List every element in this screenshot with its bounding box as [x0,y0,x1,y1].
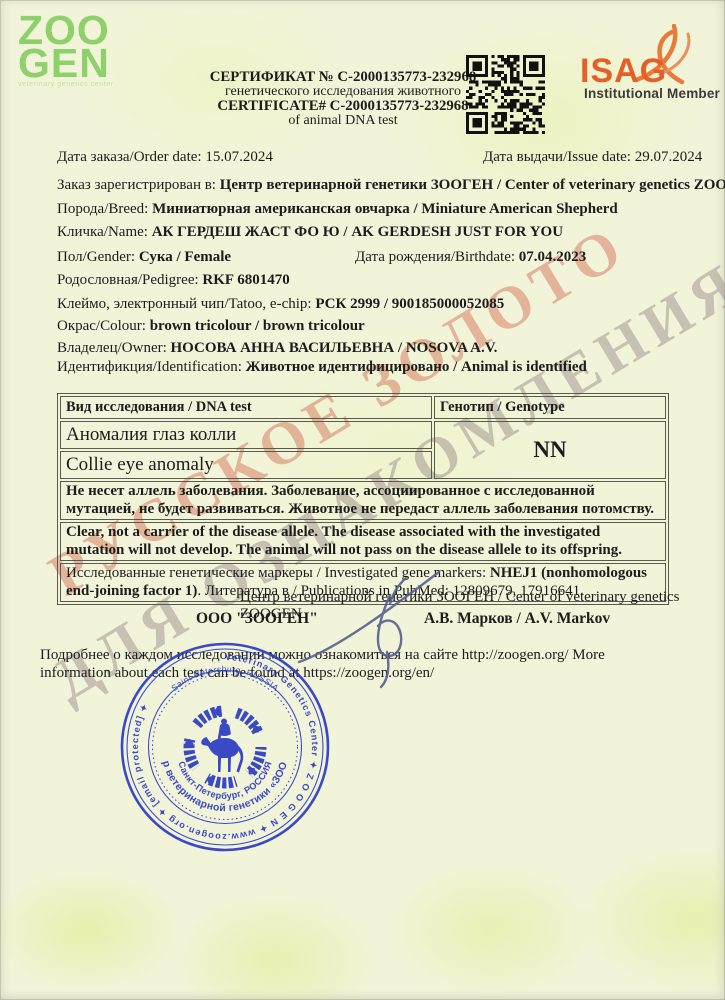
test-name-ru: Аномалия глаз колли [60,421,432,449]
table-header-genotype: Генотип / Genotype [434,396,666,419]
table-row-test-ru: Аномалия глаз колли NN [60,421,666,449]
field-birthdate: Дата рождения/Birthdate: 07.04.2023 [355,249,586,266]
field-order-date-value: 15.07.2024 [205,149,273,165]
field-pedigree-value: RKF 6801470 [202,272,289,288]
zoogen-stamp: Veterinary Genetics Center ✦ Z O O G E N… [117,639,333,855]
field-issue-date: Дата выдачи/Issue date: 29.07.2024 [483,149,702,166]
field-issue-date-label: Дата выдачи/Issue date: [483,149,631,165]
field-chip: Клеймо, электронный чип/Tatoo, e-chip: Р… [57,296,504,313]
field-identification: Идентификция/Identification: Животное ид… [57,359,587,376]
qr-code [466,55,545,134]
certificate-subtitle-en: of animal DNA test [178,114,508,129]
field-order-date-label: Дата заказа/Order date: [57,149,202,165]
test-name-en: Collie eye anomaly [60,451,432,479]
field-chip-label: Клеймо, электронный чип/Tatoo, e-chip: [57,296,312,312]
field-breed-value: Миниатюрная американская овчарка / Minia… [152,201,618,217]
field-identification-value: Животное идентифицировано / Animal is id… [246,359,587,375]
field-gender-label: Пол/Gender: [57,249,135,265]
field-registered-value: Центр ветеринарной генетики ЗООГЕН / Cen… [220,177,725,193]
markers-prefix: Исследованные генетические маркеры / Inv… [66,565,490,581]
result-text-en: Clear, not a carrier of the disease alle… [60,522,666,561]
field-pedigree-label: Родословная/Pedigree: [57,272,199,288]
footer-signer: А.В. Марков / A.V. Markov [424,610,610,628]
field-colour-value: brown tricolour / brown tricolour [150,318,365,334]
genotype-value: NN [434,421,666,479]
field-chip-value: РСК 2999 / 900185000052085 [315,296,504,312]
field-colour: Окрас/Colour: brown tricolour / brown tr… [57,318,365,335]
table-row-result-en: Clear, not a carrier of the disease alle… [60,522,666,561]
field-owner: Владелец/Owner: НОСОВА АННА ВАСИЛЬЕВНА /… [57,340,497,357]
certificate-number-en: CERTIFICATE# C-2000135773-232968 [178,99,508,114]
zoogen-logo-subtitle: veterinary genetics center [18,80,114,90]
field-birthdate-label: Дата рождения/Birthdate: [355,249,515,265]
field-name-label: Кличка/Name: [57,224,148,240]
field-breed: Порода/Breed: Миниатюрная американская о… [57,201,618,218]
field-issue-date-value: 29.07.2024 [635,149,703,165]
field-breed-label: Порода/Breed: [57,201,148,217]
table-header-row: Вид исследования / DNA test Генотип / Ge… [60,396,666,419]
field-name-value: АК ГЕРДЕШ ЖАСТ ФО Ю / AK GERDESH JUST FO… [152,224,563,240]
stamp-horse-rider-icon [201,719,243,773]
result-text-ru: Не несет аллель заболевания. Заболевание… [60,481,666,520]
field-gender: Пол/Gender: Сука / Female [57,249,231,266]
dna-test-table: Вид исследования / DNA test Генотип / Ge… [57,393,669,605]
field-registered-label: Заказ зарегистрирован в: [57,177,216,193]
isag-member-label: Institutional Member [584,86,720,101]
footer-company: ООО "ЗООГЕН" [196,610,318,628]
field-gender-value: Сука / Female [139,249,231,265]
field-pedigree: Родословная/Pedigree: RKF 6801470 [57,272,290,289]
field-identification-label: Идентификция/Identification: [57,359,242,375]
field-registered: Заказ зарегистрирован в: Центр ветеринар… [57,177,725,194]
field-order-date: Дата заказа/Order date: 15.07.2024 [57,149,273,166]
field-colour-label: Окрас/Colour: [57,318,146,334]
field-name: Кличка/Name: АК ГЕРДЕШ ЖАСТ ФО Ю / AK GE… [57,224,563,241]
table-row-result-ru: Не несет аллель заболевания. Заболевание… [60,481,666,520]
field-owner-label: Владелец/Owner: [57,340,167,356]
field-owner-value: НОСОВА АННА ВАСИЛЬЕВНА / NOSOVA A.V. [171,340,498,356]
certificate-title-block: СЕРТИФИКАТ № С-2000135773-232968 генетич… [178,70,508,128]
certificate-number-ru: СЕРТИФИКАТ № С-2000135773-232968 [178,70,508,85]
zoogen-logo: ZOO GEN veterinary genetics center [18,14,114,90]
field-birthdate-value: 07.04.2023 [519,249,587,265]
table-header-dna-test: Вид исследования / DNA test [60,396,432,419]
certificate-subtitle-ru: генетического исследования животного [178,85,508,100]
certificate-page: РУССКОЕ ЗОЛОТО ДЛЯ ОЗНАКОМЛЕНИЯ ZOO GEN … [0,0,725,1000]
